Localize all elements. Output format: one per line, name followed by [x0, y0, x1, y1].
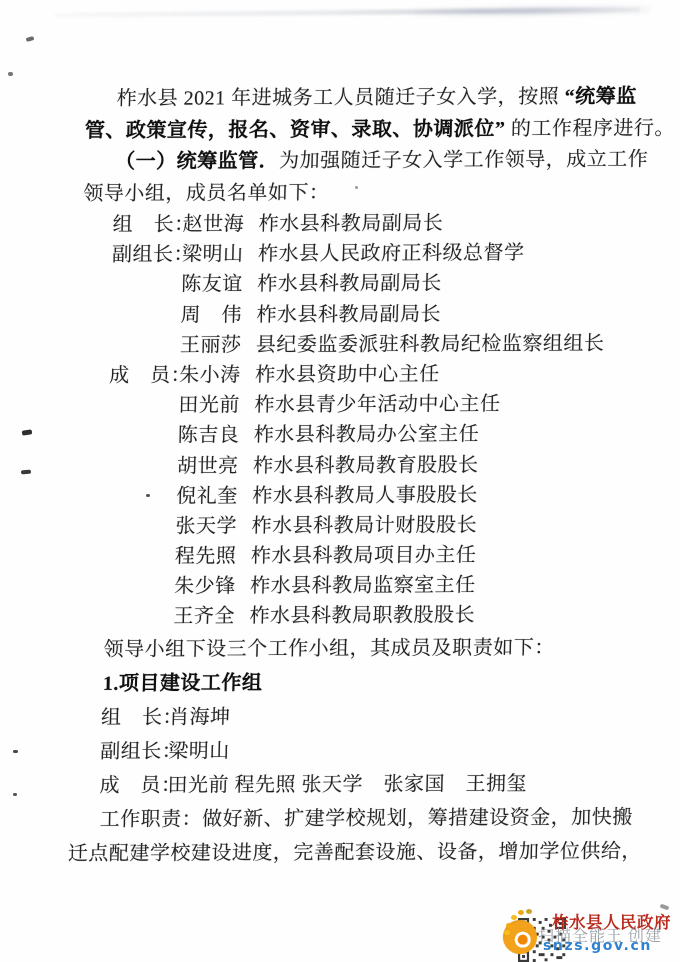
group1-members: 梁明山: [168, 734, 230, 768]
roster-row: 王齐全柞水县科教局职教股股长: [103, 600, 606, 632]
group1-row: 副组长：梁明山: [100, 732, 603, 768]
roster-person-name: 赵世海: [182, 209, 244, 239]
roster-person-name: 王齐全: [173, 602, 235, 632]
roster-person-name: 朱小涛: [179, 360, 241, 390]
group1-row: 成 员：田光前 程先照 张天学 张家国 王拥玺: [99, 766, 602, 802]
gov-logo-toe-dot: [504, 930, 510, 935]
quoted-procedure-text-1: “统筹监: [564, 86, 637, 108]
group1-row: 组 长：肖海坤: [101, 698, 604, 734]
roster-person-title: 柞水县科教局监察室主任: [250, 570, 476, 601]
roster-person-title: 柞水县科教局项目办主任: [251, 540, 477, 571]
quoted-procedure-text-2: 管、政策宣传，报名、资审、录取、协调派位”: [85, 118, 506, 142]
scan-artifact: [26, 36, 35, 42]
roster-person-name: 陈友谊: [181, 270, 243, 300]
intro-line-1: 柞水县 2021 年进城务工人员随迁子女入学，按照 “统筹监: [85, 82, 618, 116]
leading-group-roster: 组 长：赵世海柞水县科教局副局长 副组长：梁明山柞水县人民政府正科级总督学 陈友…: [73, 208, 615, 633]
roster-person-name: 胡世亮: [177, 451, 239, 481]
roster-person-name: 程先照: [175, 541, 237, 571]
scan-artifact: [8, 72, 13, 76]
roster-row: 成 员：朱小涛柞水县资助中心主任: [109, 359, 612, 391]
roster-person-name: 倪礼奎: [176, 481, 238, 511]
roster-person-name: 陈吉良: [177, 421, 239, 451]
gov-logo-toe-dot: [518, 910, 524, 915]
camscanner-watermark-text: 扫描全能王 创建: [538, 923, 662, 946]
roster-person-title: 柞水县资助中心主任: [255, 359, 440, 390]
roster-row: 田光前柞水县青少年活动中心主任: [108, 389, 611, 421]
section1-text-1: 为加强随迁子女入学工作领导，成立工作: [279, 149, 649, 173]
roster-person-title: 柞水县科教局副局长: [256, 299, 441, 330]
roster-row: 倪礼奎柞水县科教局人事股股长: [106, 479, 609, 511]
roster-row: 组 长：赵世海柞水县科教局副局长: [112, 208, 615, 240]
gov-logo-toe-dot: [506, 923, 512, 928]
workgroups-section: 领导小组下设三个工作小组，其成员及职责如下： 1.项目建设工作组 组 长：肖海坤…: [67, 630, 605, 870]
scan-noise-streak: [415, 5, 650, 16]
duties-line-2: 迁点配建学校建设进度，完善配套设施、设备，增加学位供给，: [67, 834, 600, 870]
intro-text-1: 柞水县 2021 年进城务工人员随迁子女入学，按照: [116, 86, 565, 110]
roster-row: 程先照柞水县科教局项目办主任: [104, 540, 607, 572]
group1-members: 肖海坤: [169, 700, 231, 734]
gov-logo-toe-dot: [526, 909, 532, 914]
roster-person-title: 县纪委监委派驻科教局纪检监察组组长: [255, 328, 604, 360]
scan-artifact: [22, 429, 33, 435]
section1-heading-line-2: 领导小组，成员名单如下：: [83, 176, 616, 210]
group1-members: 田光前 程先照 张天学 张家国 王拥玺: [167, 767, 527, 803]
site-watermark: 柞水县人民政府 扫描全能王 创建 snzs.gov.cn: [498, 902, 680, 960]
roster-person-title: 柞水县科教局教育股股长: [253, 450, 479, 481]
roster-person-title: 柞水县人民政府正科级总督学: [258, 238, 525, 269]
group1-heading: 1.项目建设工作组: [71, 664, 604, 700]
roster-person-name: 梁明山: [182, 239, 244, 269]
roster-person-title: 柞水县科教局副局长: [258, 208, 443, 239]
duties-line-1: 工作职责：做好新、扩建学校规划，筹措建设资金，加快搬: [68, 800, 601, 836]
document-body: 柞水县 2021 年进城务工人员随迁子女入学，按照 “统筹监 管、政策宣传，报名…: [67, 82, 618, 871]
roster-person-title: 柞水县科教局计财股股长: [251, 510, 477, 541]
roster-row: 张天学柞水县科教局计财股股长: [105, 510, 608, 542]
roster-row: 周 伟柞水县科教局副局长: [110, 298, 613, 330]
section1-heading-line-1: （一）统筹监管．为加强随迁子女入学工作领导，成立工作: [84, 145, 617, 179]
roster-person-title: 柞水县科教局副局长: [257, 269, 442, 300]
roster-person-name: 田光前: [178, 390, 240, 420]
roster-row: 胡世亮柞水县科教局教育股股长: [107, 449, 610, 481]
scan-artifact: [13, 750, 18, 753]
roster-person-title: 柞水县科教局职教股股长: [249, 601, 475, 632]
roster-person-title: 柞水县青少年活动中心主任: [254, 389, 501, 420]
intro-text-2: 的工作程序进行。: [505, 117, 675, 140]
roster-row: 朱少锋柞水县科教局监察室主任: [104, 570, 607, 602]
roster-row: 陈吉良柞水县科教局办公室主任: [107, 419, 610, 451]
roster-person-title: 柞水县科教局办公室主任: [253, 420, 479, 451]
section1-heading: （一）统筹监管．: [115, 150, 280, 173]
roster-person-name: 张天学: [175, 511, 237, 541]
scan-artifact: [13, 793, 17, 796]
roster-person-name: 周 伟: [180, 300, 242, 330]
scan-artifact: [21, 470, 31, 475]
intro-section: 柞水县 2021 年进城务工人员随迁子女入学，按照 “统筹监 管、政策宣传，报名…: [83, 82, 618, 210]
scan-noise-streak: [55, 7, 640, 18]
roster-row: 副组长：梁明山柞水县人民政府正科级总督学: [112, 238, 615, 270]
scan-artifact: [355, 186, 358, 189]
scan-artifact: [146, 494, 150, 497]
roster-row: 王丽莎县纪委监委派驻科教局纪检监察组组长: [109, 328, 612, 360]
roster-row: 陈友谊柞水县科教局副局长: [111, 268, 614, 300]
intro-line-2: 管、政策宣传，报名、资审、录取、协调派位” 的工作程序进行。: [85, 113, 618, 147]
gov-logo-toe-dot: [511, 915, 517, 920]
scanned-document-page: 柞水县 2021 年进城务工人员随迁子女入学，按照 “统筹监 管、政策宣传，报名…: [0, 0, 680, 962]
roster-person-name: 朱少锋: [174, 572, 236, 602]
workgroups-intro-line: 领导小组下设三个工作小组，其成员及职责如下：: [72, 630, 605, 666]
roster-person-title: 柞水县科教局人事股股长: [252, 480, 478, 511]
roster-person-name: 王丽莎: [179, 330, 241, 360]
